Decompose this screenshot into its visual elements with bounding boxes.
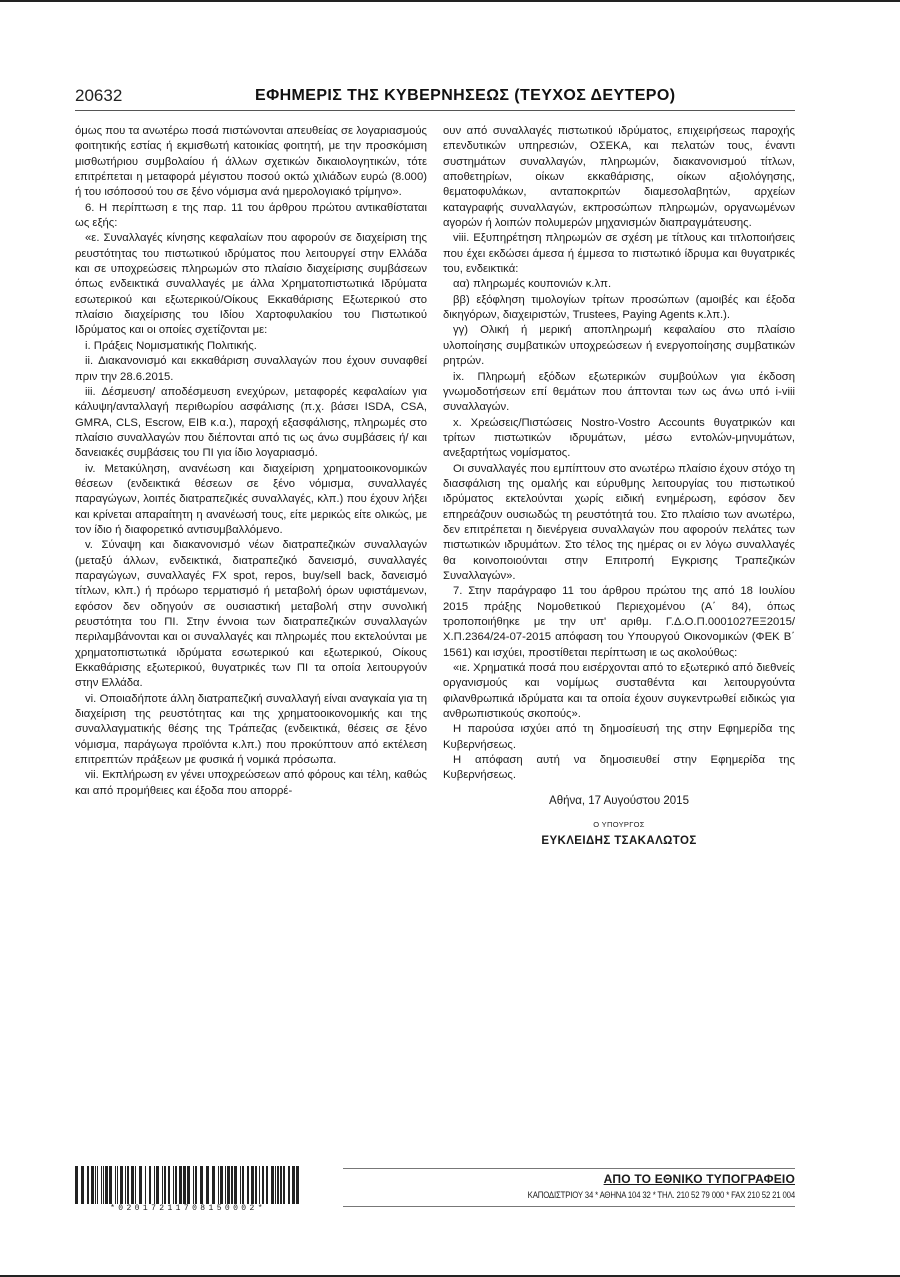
barcode-bar bbox=[187, 1166, 190, 1204]
list-item: vii. Εκπλήρωση εν γένει υποχρεώσεων από … bbox=[75, 768, 427, 799]
barcode-bar bbox=[149, 1166, 151, 1204]
barcode-bar bbox=[275, 1166, 276, 1204]
list-item: αα) πληρωμές κουπονιών κ.λπ. bbox=[443, 277, 795, 292]
barcode-bar bbox=[175, 1166, 177, 1204]
barcode-bar bbox=[200, 1166, 203, 1204]
barcode-bar bbox=[242, 1166, 244, 1204]
list-item: ix. Πληρωμή εξόδων εξωτερικών συμβούλων … bbox=[443, 370, 795, 416]
paragraph: 7. Στην παράγραφο 11 του άρθρου πρώτου τ… bbox=[443, 584, 795, 661]
page-top-edge bbox=[0, 0, 900, 2]
barcode-bar bbox=[127, 1166, 129, 1204]
list-item: γγ) Ολική ή μερική αποπληρωμή κεφαλαίου … bbox=[443, 323, 795, 369]
barcode-bar bbox=[292, 1166, 295, 1204]
barcode-bar bbox=[168, 1166, 170, 1204]
barcode-bar bbox=[225, 1166, 226, 1204]
barcode-bar bbox=[277, 1166, 279, 1204]
barcode-bar bbox=[234, 1166, 237, 1204]
barcode-bar bbox=[139, 1166, 142, 1204]
list-item: ii. Διακανονισμό και εκκαθάριση συναλλαγ… bbox=[75, 354, 427, 385]
barcode-bar bbox=[259, 1166, 260, 1204]
barcode-bar bbox=[103, 1166, 104, 1204]
left-column: όμως που τα ανωτέρω ποσά πιστώνονται απε… bbox=[75, 124, 427, 799]
barcode-bar bbox=[125, 1166, 126, 1204]
page-header: 20632 ΕΦΗΜΕΡΙΣ ΤΗΣ ΚΥΒΕΡΝΗΣΕΩΣ (ΤΕΥΧΟΣ Δ… bbox=[75, 86, 795, 111]
publisher-name: ΑΠΟ ΤΟ ΕΘΝΙΚΟ ΤΥΠΟΓΡΑΦΕΙΟ bbox=[604, 1172, 795, 1186]
barcode-bar bbox=[179, 1166, 182, 1204]
list-item: viii. Εξυπηρέτηση πληρωμών σε σχέση με τ… bbox=[443, 231, 795, 277]
barcode-bar bbox=[220, 1166, 223, 1204]
barcode-bar bbox=[212, 1166, 215, 1204]
list-item: x. Χρεώσεις/Πιστώσεις Nostro-Vostro Acco… bbox=[443, 416, 795, 462]
signature-block: Αθήνα, 17 Αυγούστου 2015 Ο ΥΠΟΥΡΓΟΣ ΕΥΚΛ… bbox=[443, 794, 795, 850]
barcode-bar bbox=[131, 1166, 134, 1204]
barcode-bar bbox=[101, 1166, 102, 1204]
paragraph: «ε. Συναλλαγές κίνησης κεφαλαίων που αφο… bbox=[75, 231, 427, 338]
list-item: iv. Μετακύληση, ανανέωση και διαχείριση … bbox=[75, 462, 427, 539]
barcode-bar bbox=[283, 1166, 285, 1204]
barcode-bar bbox=[183, 1166, 186, 1204]
list-item: iii. Δέσμευση/ αποδέσμευση ενεχύρων, μετ… bbox=[75, 385, 427, 462]
list-item: vi. Οποιαδήποτε άλλη διατραπεζική συναλλ… bbox=[75, 692, 427, 769]
paragraph: «ιε. Χρηματικά ποσά που εισέρχονται από … bbox=[443, 661, 795, 722]
barcode-bar bbox=[255, 1166, 257, 1204]
barcode-bar bbox=[120, 1166, 123, 1204]
paragraph: όμως που τα ανωτέρω ποσά πιστώνονται απε… bbox=[75, 124, 427, 201]
paragraph: 6. Η περίπτωση ε της παρ. 11 του άρθρου … bbox=[75, 201, 427, 232]
barcode-bar bbox=[91, 1166, 94, 1204]
barcode-bar bbox=[81, 1166, 84, 1204]
publisher-box: ΑΠΟ ΤΟ ΕΘΝΙΚΟ ΤΥΠΟΓΡΑΦΕΙΟ ΚΑΠΟΔΙΣΤΡΙΟΥ 3… bbox=[343, 1168, 795, 1207]
barcode-bar bbox=[135, 1166, 136, 1204]
barcode-bar bbox=[193, 1166, 194, 1204]
signatory-name: ΕΥΚΛΕΙΔΗΣ ΤΣΑΚΑΛΩΤΟΣ bbox=[443, 834, 795, 849]
barcode-bar bbox=[288, 1166, 290, 1204]
barcode-bar bbox=[240, 1166, 241, 1204]
barcode-bar bbox=[97, 1166, 98, 1204]
barcode-bar bbox=[251, 1166, 254, 1204]
right-column: ουν από συναλλαγές πιστωτικού ιδρύματος,… bbox=[443, 124, 795, 850]
barcode-bar bbox=[109, 1166, 112, 1204]
barcode-number: *02017211708150002* bbox=[75, 1204, 301, 1213]
barcode bbox=[75, 1166, 301, 1204]
list-item: v. Σύναψη και διακανονισμό νέων διατραπε… bbox=[75, 538, 427, 691]
barcode-bar bbox=[105, 1166, 108, 1204]
publisher-address: ΚΑΠΟΔΙΣΤΡΙΟΥ 34 * ΑΘΗΝΑ 104 32 * ΤΗΛ. 21… bbox=[528, 1190, 795, 1201]
barcode-bar bbox=[156, 1166, 159, 1204]
barcode-bar bbox=[75, 1166, 78, 1204]
barcode-bar bbox=[271, 1166, 274, 1204]
barcode-bar bbox=[231, 1166, 233, 1204]
barcode-bar bbox=[296, 1166, 299, 1204]
place-date: Αθήνα, 17 Αυγούστου 2015 bbox=[443, 794, 795, 809]
gazette-title: ΕΦΗΜΕΡΙΣ ΤΗΣ ΚΥΒΕΡΝΗΣΕΩΣ (ΤΕΥΧΟΣ ΔΕΥΤΕΡΟ… bbox=[255, 87, 675, 105]
barcode-bar bbox=[154, 1166, 155, 1204]
paragraph: ουν από συναλλαγές πιστωτικού ιδρύματος,… bbox=[443, 124, 795, 231]
barcode-bar bbox=[164, 1166, 166, 1204]
barcode-bar bbox=[266, 1166, 268, 1204]
paragraph: Η απόφαση αυτή να δημοσιευθεί στην Εφημε… bbox=[443, 753, 795, 784]
barcode-bar bbox=[95, 1166, 96, 1204]
barcode-bar bbox=[218, 1166, 219, 1204]
barcode-bar bbox=[280, 1166, 282, 1204]
barcode-bar bbox=[87, 1166, 89, 1204]
barcode-bar bbox=[227, 1166, 230, 1204]
barcode-bar bbox=[206, 1166, 209, 1204]
page-number: 20632 bbox=[75, 86, 122, 106]
barcode-bar bbox=[115, 1166, 116, 1204]
paragraph: Οι συναλλαγές που εμπίπτουν στο ανωτέρω … bbox=[443, 462, 795, 585]
barcode-bar bbox=[262, 1166, 264, 1204]
barcode-bar bbox=[162, 1166, 163, 1204]
barcode-bar bbox=[145, 1166, 146, 1204]
barcode-bar bbox=[117, 1166, 118, 1204]
paragraph: Η παρούσα ισχύει από τη δημοσίευσή της σ… bbox=[443, 722, 795, 753]
list-item: i. Πράξεις Νομισματικής Πολιτικής. bbox=[75, 339, 427, 354]
barcode-bar bbox=[247, 1166, 249, 1204]
barcode-bar bbox=[195, 1166, 197, 1204]
signatory-role: Ο ΥΠΟΥΡΓΟΣ bbox=[443, 817, 795, 832]
list-item: ββ) εξόφληση τιμολογίων τρίτων προσώπων … bbox=[443, 293, 795, 324]
barcode-bar bbox=[173, 1166, 174, 1204]
